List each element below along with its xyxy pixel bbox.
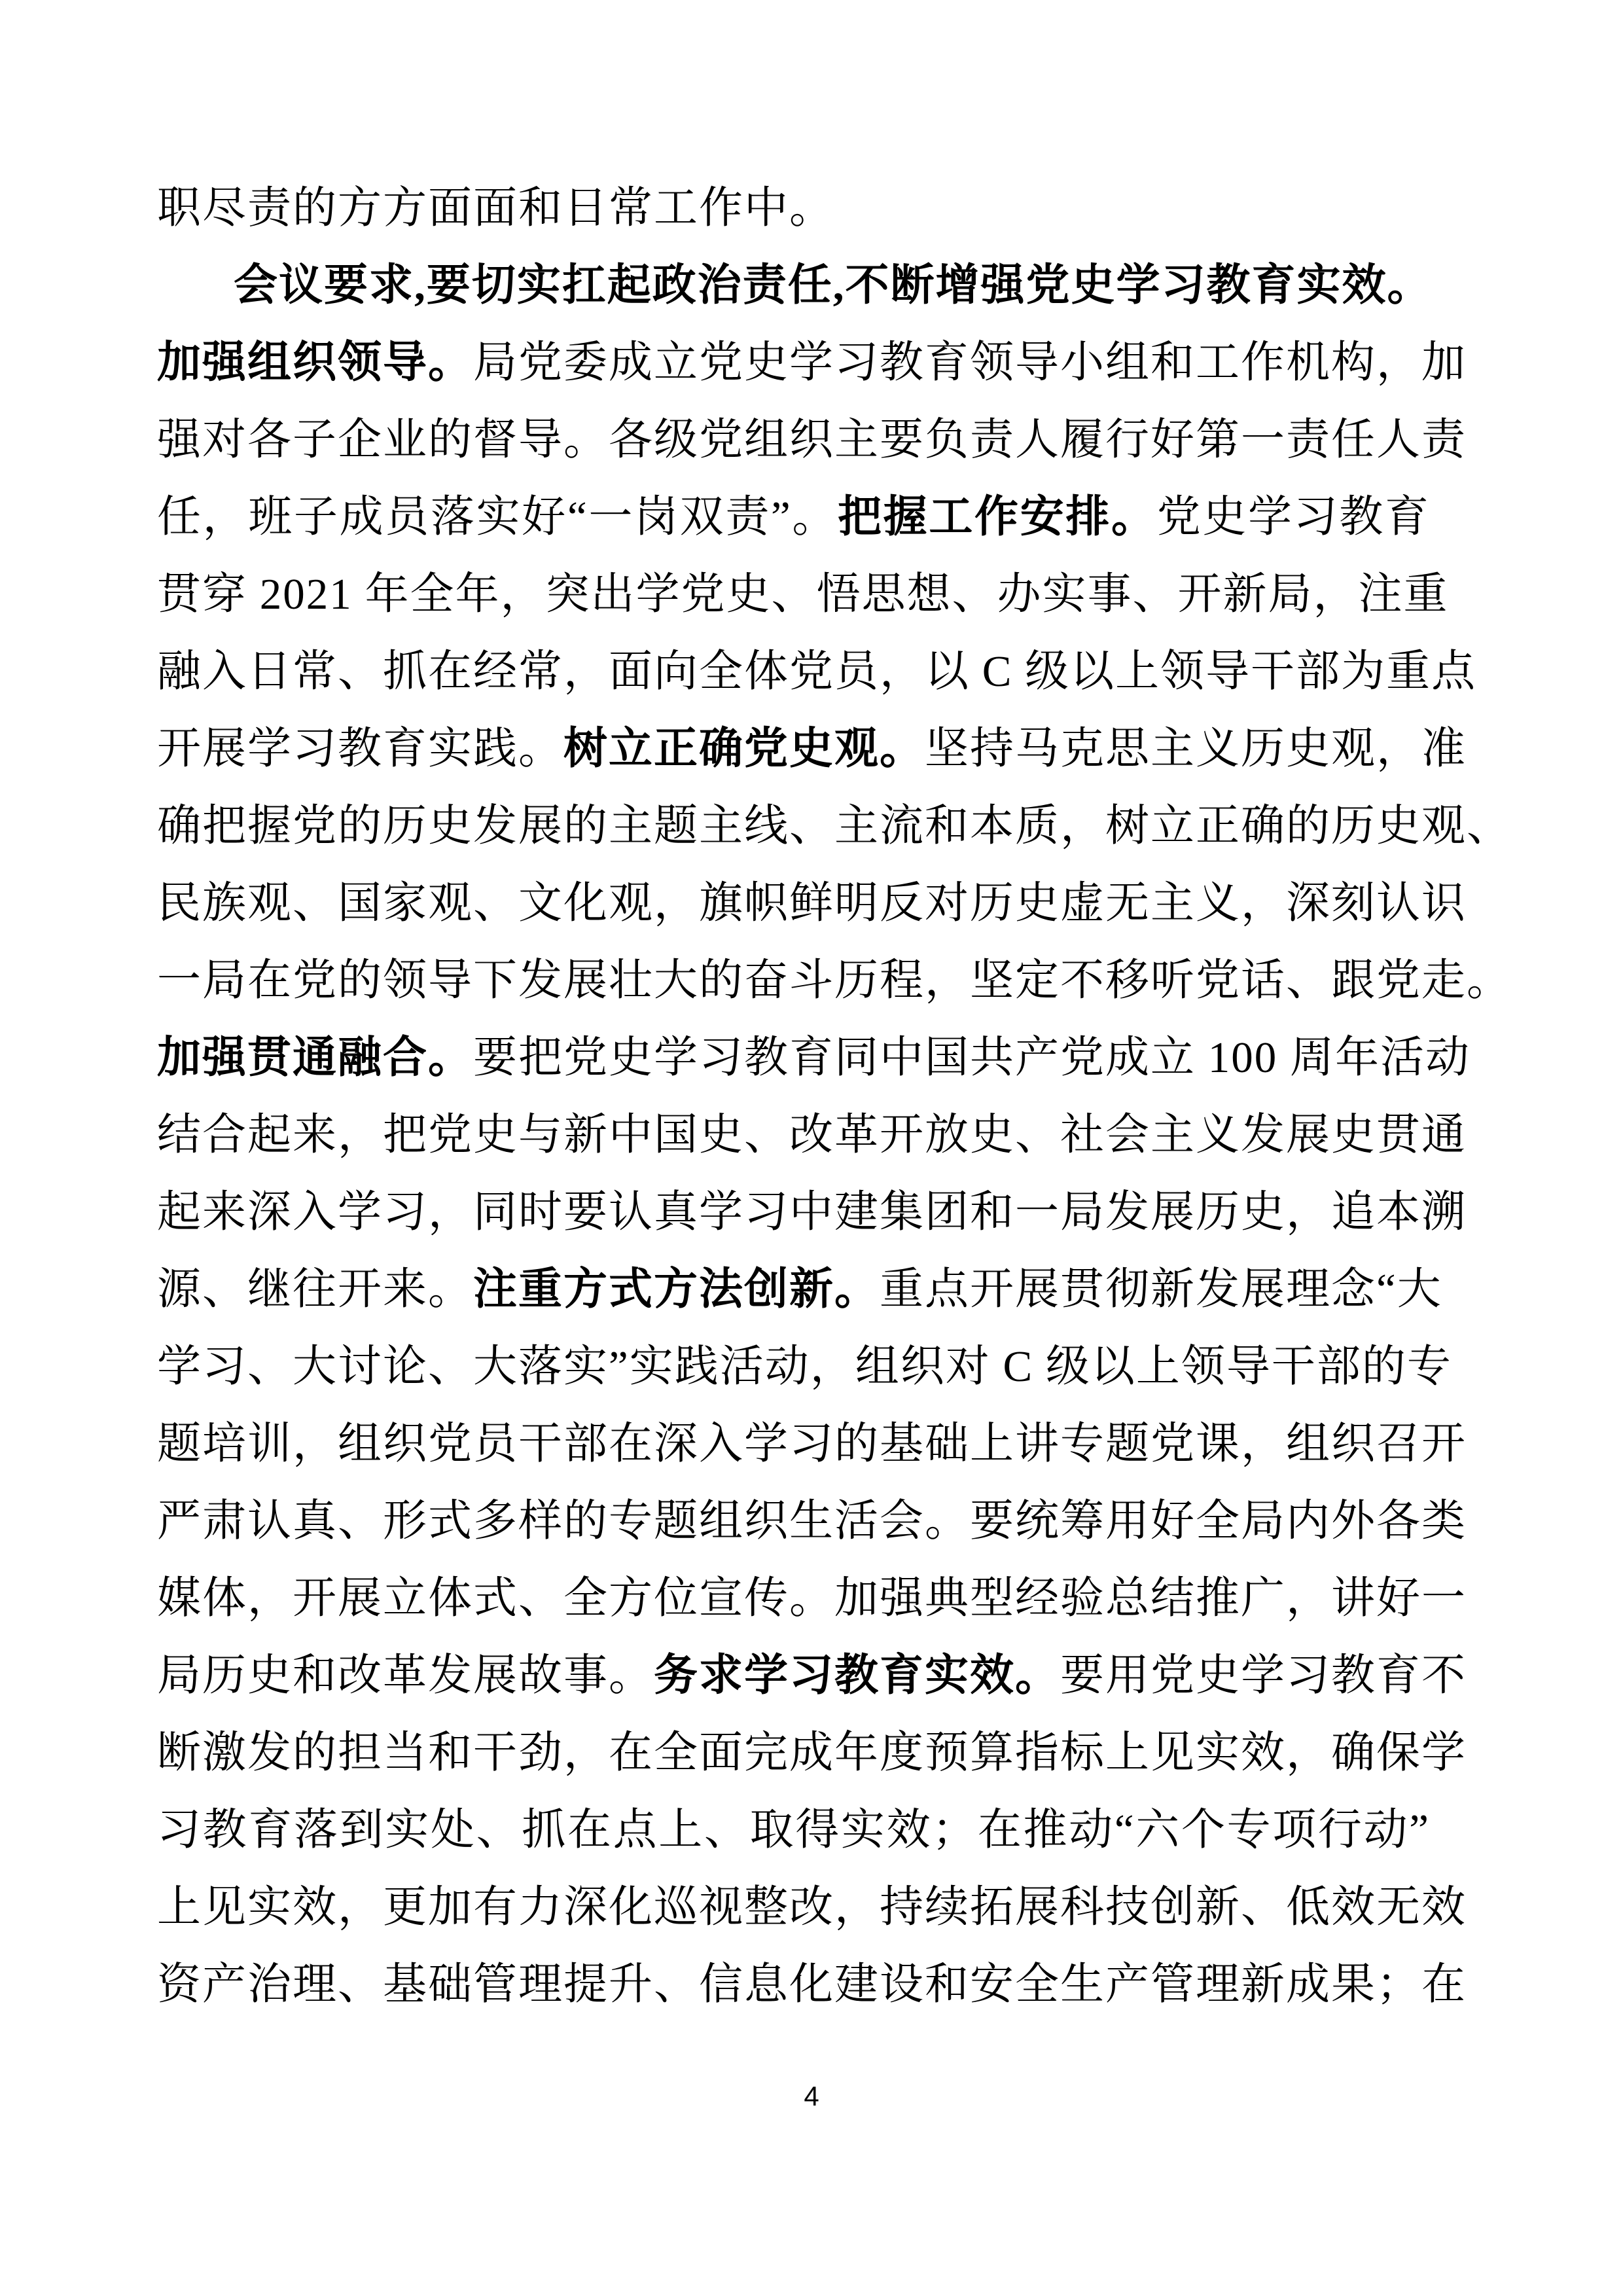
text-line: 媒体，开展立体式、全方位宣传。加强典型经验总结推广，讲好一 — [157, 1560, 1430, 1637]
document-text: 职尽责的方方面面和日常工作中。会议要求,要切实扛起政治责任,不断增强党史学习教育… — [157, 170, 1430, 2023]
text-segment: 上见实效，更加有力深化巡视整改，持续拓展科技创新、低效无效 — [157, 1883, 1467, 1931]
text-segment: 结合起来，把党史与新中国史、改革开放史、社会主义发展史贯通 — [157, 1111, 1467, 1159]
text-line: 融入日常、抓在经常，面向全体党员，以 C 级以上领导干部为重点 — [157, 633, 1430, 710]
emphasis-text-segment: 把握工作安排。 — [838, 493, 1157, 541]
text-line: 民族观、国家观、文化观，旗帜鲜明反对历史虚无主义，深刻认识 — [157, 865, 1430, 942]
text-segment: 题培训，组织党员干部在深入学习的基础上讲专题党课，组织召开 — [157, 1420, 1467, 1468]
text-segment: 职尽责的方方面面和日常工作中。 — [157, 184, 834, 232]
text-segment: 起来深入学习，同时要认真学习中建集团和一局发展历史，追本溯 — [157, 1188, 1467, 1236]
text-segment: 任，班子成员落实好“一岗双责”。 — [157, 493, 838, 541]
text-line: 开展学习教育实践。树立正确党史观。坚持马克思主义历史观，准 — [157, 710, 1430, 787]
text-line: 断激发的担当和干劲，在全面完成年度预算指标上见实效，确保学 — [157, 1714, 1430, 1791]
text-segment: 学习、大讨论、大落实”实践活动，组织对 C 级以上领导干部的专 — [157, 1342, 1452, 1391]
text-line: 题培训，组织党员干部在深入学习的基础上讲专题党课，组织召开 — [157, 1405, 1430, 1482]
emphasis-text-segment: 会议要求,要切实扛起政治责任,不断增强党史学习教育实效。 — [234, 261, 1433, 310]
text-segment: 党史学习教育 — [1157, 493, 1430, 541]
text-line: 习教育落到实处、抓在点上、取得实效；在推动“六个专项行动” — [157, 1791, 1430, 1869]
text-segment: 要把党史学习教育同中国共产党成立 100 周年活动 — [473, 1033, 1471, 1082]
text-line: 会议要求,要切实扛起政治责任,不断增强党史学习教育实效。 — [157, 247, 1430, 324]
emphasis-text-segment: 加强组织领导。 — [157, 338, 473, 387]
text-line: 一局在党的领导下发展壮大的奋斗历程，坚定不移听党话、跟党走。 — [157, 942, 1430, 1019]
text-segment: 断激发的担当和干劲，在全面完成年度预算指标上见实效，确保学 — [157, 1729, 1467, 1777]
text-segment: 民族观、国家观、文化观，旗帜鲜明反对历史虚无主义，深刻认识 — [157, 879, 1467, 927]
text-segment: 习教育落到实处、抓在点上、取得实效；在推动“六个专项行动” — [157, 1806, 1430, 1854]
text-line: 强对各子企业的督导。各级党组织主要负责人履行好第一责任人责 — [157, 401, 1430, 478]
emphasis-text-segment: 树立正确党史观。 — [563, 725, 925, 773]
text-segment: 一局在党的领导下发展壮大的奋斗历程，坚定不移听党话、跟党走。 — [157, 956, 1512, 1005]
text-line: 起来深入学习，同时要认真学习中建集团和一局发展历史，追本溯 — [157, 1174, 1430, 1251]
text-line: 贯穿 2021 年全年，突出学党史、悟思想、办实事、开新局，注重 — [157, 556, 1430, 633]
text-segment: 强对各子企业的督导。各级党组织主要负责人履行好第一责任人责 — [157, 416, 1467, 464]
text-segment: 严肃认真、形式多样的专题组织生活会。要统筹用好全局内外各类 — [157, 1497, 1467, 1545]
text-line: 严肃认真、形式多样的专题组织生活会。要统筹用好全局内外各类 — [157, 1482, 1430, 1560]
text-segment: 重点开展贯彻新发展理念“大 — [880, 1265, 1442, 1314]
text-segment: 贯穿 2021 年全年，突出学党史、悟思想、办实事、开新局，注重 — [157, 570, 1449, 619]
text-line: 确把握党的历史发展的主题主线、主流和本质，树立正确的历史观、 — [157, 787, 1430, 865]
emphasis-text-segment: 注重方式方法创新。 — [473, 1265, 880, 1314]
text-line: 加强贯通融合。要把党史学习教育同中国共产党成立 100 周年活动 — [157, 1019, 1430, 1096]
text-segment: 确把握党的历史发展的主题主线、主流和本质，树立正确的历史观、 — [157, 802, 1512, 850]
text-segment: 资产治理、基础管理提升、信息化建设和安全生产管理新成果；在 — [157, 1960, 1467, 2009]
text-segment: 坚持马克思主义历史观，准 — [925, 725, 1467, 773]
text-segment: 源、继往开来。 — [157, 1265, 473, 1314]
text-segment: 媒体，开展立体式、全方位宣传。加强典型经验总结推广，讲好一 — [157, 1574, 1467, 1623]
text-line: 职尽责的方方面面和日常工作中。 — [157, 170, 1430, 247]
document-page: 职尽责的方方面面和日常工作中。会议要求,要切实扛起政治责任,不断增强党史学习教育… — [0, 0, 1623, 2296]
text-line: 学习、大讨论、大落实”实践活动，组织对 C 级以上领导干部的专 — [157, 1328, 1430, 1405]
text-segment: 局历史和改革发展故事。 — [157, 1651, 654, 1700]
text-line: 资产治理、基础管理提升、信息化建设和安全生产管理新成果；在 — [157, 1946, 1430, 2023]
text-line: 任，班子成员落实好“一岗双责”。把握工作安排。党史学习教育 — [157, 478, 1430, 556]
text-line: 上见实效，更加有力深化巡视整改，持续拓展科技创新、低效无效 — [157, 1869, 1430, 1946]
text-segment: 开展学习教育实践。 — [157, 725, 563, 773]
text-segment: 要用党史学习教育不 — [1060, 1651, 1467, 1700]
text-segment: 融入日常、抓在经常，面向全体党员，以 C 级以上领导干部为重点 — [157, 647, 1476, 696]
text-line: 源、继往开来。注重方式方法创新。重点开展贯彻新发展理念“大 — [157, 1251, 1430, 1328]
text-line: 加强组织领导。局党委成立党史学习教育领导小组和工作机构，加 — [157, 324, 1430, 401]
page-number: 4 — [0, 2083, 1623, 2110]
emphasis-text-segment: 务求学习教育实效。 — [654, 1651, 1060, 1700]
text-line: 结合起来，把党史与新中国史、改革开放史、社会主义发展史贯通 — [157, 1096, 1430, 1174]
emphasis-text-segment: 加强贯通融合。 — [157, 1033, 473, 1082]
text-segment: 局党委成立党史学习教育领导小组和工作机构，加 — [473, 338, 1467, 387]
text-line: 局历史和改革发展故事。务求学习教育实效。要用党史学习教育不 — [157, 1637, 1430, 1714]
